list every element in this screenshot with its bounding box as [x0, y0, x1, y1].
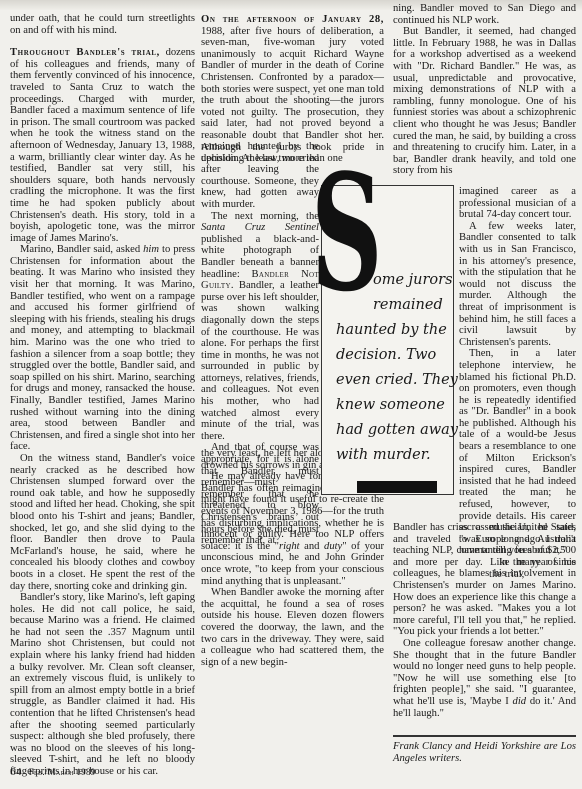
paragraph: But Bandler, it seemed, had changed litt… — [393, 26, 576, 177]
section-lead: Throughout Bandler's trial, — [10, 47, 160, 58]
paragraph: A few weeks later, Bandler consented to … — [459, 221, 576, 349]
column-3-bottom: Bandler has crisscrossed the United Stat… — [393, 522, 576, 719]
page-footer: 64 Feb./March 1989 — [10, 766, 96, 778]
pull-quote-bar — [357, 481, 437, 493]
paragraph: When Bandler awoke the morning after the… — [201, 587, 384, 668]
paragraph: imagined career as a professional musici… — [459, 186, 576, 221]
column-3-top: ning. Bandler moved to San Diego and con… — [393, 3, 576, 177]
column-1: under oath, that he could turn streetlig… — [10, 13, 195, 778]
paragraph: One colleague foresaw another change. Sh… — [393, 638, 576, 719]
paragraph: Bandler has crisscrossed the United Stat… — [393, 522, 576, 638]
paragraph: Bandler's story, like Marino's, left gap… — [10, 592, 195, 778]
paragraph: remained haunted by the decision. At lea… — [201, 141, 319, 211]
paragraph: On the witness stand, Bandler's voice ne… — [10, 453, 195, 592]
paragraph: Marino, Bandler said, asked him to press… — [10, 244, 195, 453]
pull-quote-text: ome jurors remained haunted by the decis… — [336, 268, 458, 468]
paragraph: under oath, that he could turn streetlig… — [10, 13, 195, 36]
paragraph: ning. Bandler moved to San Diego and con… — [393, 3, 576, 26]
issue-date: Feb./March 1989 — [29, 767, 96, 777]
divider-rule — [393, 735, 576, 737]
paragraph: The next morning, the Santa Cruz Sentine… — [201, 211, 319, 443]
page-number: 64 — [10, 766, 22, 778]
magazine-page: under oath, that he could turn streetlig… — [0, 0, 582, 789]
section-paragraph: Throughout Bandler's trial, dozens of hi… — [10, 47, 195, 244]
author-credit: Frank Clancy and Heidi Yorkshire are Los… — [393, 741, 576, 765]
section-lead: On the afternoon of January 28, — [201, 14, 384, 25]
